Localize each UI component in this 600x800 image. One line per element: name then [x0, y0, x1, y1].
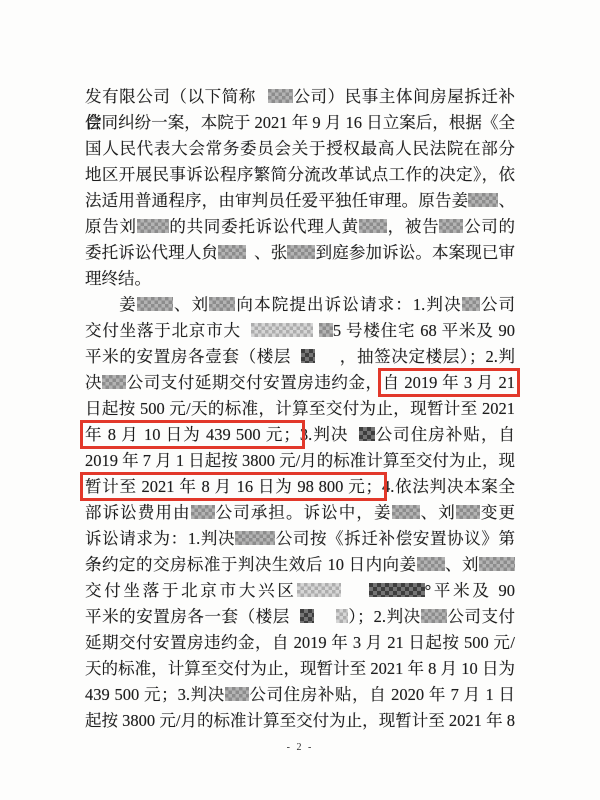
document-line: 平米的安置房各一套（楼层）；2.判决公司支付 [85, 604, 515, 630]
redaction-block [417, 557, 445, 571]
text-run: 理终结。 [85, 269, 151, 288]
spacer [85, 309, 118, 310]
spacer [291, 361, 301, 362]
text-run: 年 8 月 10 日为 439 500 元； [85, 425, 300, 444]
text-run: 诉讼请求为：1.判决 [85, 529, 235, 548]
document-line: 日起按 500 元/天的标准，计算至交付为止，现暂计至 2021 [85, 396, 515, 422]
text-run: 3.判决 [300, 425, 349, 444]
document-line: 起按 3800 元/月的标准计算至交付为止，现暂计至 2021 年 8 [85, 708, 515, 734]
redaction-block [225, 687, 249, 701]
document-line: 理终结。 [85, 266, 515, 292]
text-run: 决 [85, 373, 102, 392]
spacer [314, 621, 336, 622]
page-number: - 2 - [0, 742, 600, 753]
redaction-block [319, 323, 333, 337]
redaction-block [468, 193, 498, 207]
spacer [246, 257, 254, 258]
text-run: 4.依法判决本案全 [382, 477, 515, 496]
redaction-block [297, 583, 341, 597]
spacer [290, 621, 300, 622]
redaction-block [359, 427, 375, 441]
document-line: 地区开展民事诉讼程序繁简分流改革试点工作的决定》，依 [85, 162, 515, 188]
redaction-block [268, 89, 293, 103]
text-run: 、张 [254, 243, 287, 262]
redaction-block [137, 219, 169, 233]
text-run: 向本院提出诉讼请求：1.判决 [235, 295, 461, 314]
document-line: 姜、刘向本院提出诉讼请求：1.判决公司 [85, 292, 515, 318]
document-line: 条约定的交房标准于判决生效后 10 日内向姜、刘 [85, 552, 515, 578]
document-line: 交付坐落于北京市大兴区°平米及 90 [85, 578, 515, 604]
redaction-block [392, 505, 420, 519]
text-run: °平米及 90 [425, 581, 515, 600]
highlight-box: 暂计至 2021 年 8 月 16 日为 98 800 元； [85, 477, 382, 496]
text-run: 变更 [480, 503, 515, 522]
text-run: 原告刘 [85, 217, 137, 236]
redaction-block [209, 297, 235, 311]
text-run: ，抽签决定楼层）；2.判 [339, 347, 515, 366]
document-page: 发有限公司（以下简称公司）民事主体间房屋拆迁补偿合同纠纷一案，本院于 2021 … [0, 0, 600, 800]
text-run: 、刘 [420, 503, 456, 522]
text-run: 法适用普通程序，由审判员任爱平独任审理。原告姜 [85, 191, 468, 210]
text-run: 的共同委托诉讼代理人黄 [169, 217, 359, 236]
redaction-block [300, 609, 314, 623]
text-run: 、刘 [445, 555, 479, 574]
text-run: 部诉讼费用由 [85, 503, 191, 522]
redaction-block [235, 531, 275, 545]
document-line: 诉讼请求为：1.判决公司按《拆迁补偿安置协议》第一 [85, 526, 515, 552]
text-run: 交付坐落于北京市大兴区 [85, 581, 297, 600]
redaction-block [462, 297, 480, 311]
text-run: 公司住房补贴，自 2020 年 7 月 1 日 [249, 685, 515, 704]
redaction-block [301, 349, 315, 363]
redaction-block [336, 609, 348, 623]
text-run: 姜 [118, 295, 137, 314]
document-line: 决公司支付延期交付安置房违约金，自 2019 年 3 月 21 [85, 370, 515, 396]
redaction-block [251, 323, 313, 337]
text-run: 条约定的交房标准于判决生效后 10 日内向姜 [85, 555, 417, 574]
redaction-block [439, 219, 463, 233]
text-run: 2019 年 7 月 1 日起按 3800 元/月的标准计算至交付为止，现 [85, 451, 515, 470]
text-run: 交付坐落于北京市大 [85, 321, 241, 340]
redaction-block [191, 505, 215, 519]
text-run: 公司支付延期交付安置房违约金， [126, 373, 383, 392]
text-run: 439 500 元；3.判决 [85, 685, 225, 704]
text-run: 、 [498, 191, 515, 210]
text-run: 延期交付安置房违约金，自 2019 年 3 月 21 日起按 500 元/ [85, 633, 515, 652]
document-line: 交付坐落于北京市大5 号楼住宅 68 平米及 90 [85, 318, 515, 344]
redaction-block [479, 557, 515, 571]
spacer [341, 595, 369, 596]
highlight-box: 自 2019 年 3 月 21 [383, 373, 515, 392]
spacer [256, 101, 268, 102]
text-run: 天的标准，计算至交付为止，现暂计至 2021 年 8 月 10 日为 [85, 659, 515, 678]
text-run: 暂计至 2021 年 8 月 16 日为 98 800 元； [85, 477, 382, 496]
document-line: 法适用普通程序，由审判员任爱平独任审理。原告姜、 [85, 188, 515, 214]
redaction-block [218, 245, 246, 259]
text-run: 地区开展民事诉讼程序繁简分流改革试点工作的决定》，依 [85, 165, 515, 184]
redaction-block [102, 375, 126, 389]
text-run: 5 号楼住宅 68 平米及 90 [333, 321, 515, 340]
text-run: 公司支付 [447, 607, 515, 626]
redaction-block [137, 297, 173, 311]
text-run: 公司住房补贴，自 [375, 425, 516, 444]
text-run: ，被告 [387, 217, 439, 236]
document-line: 原告刘的共同委托诉讼代理人黄，被告公司的 [85, 214, 515, 240]
text-run: 公司 [480, 295, 515, 314]
redaction-block [456, 505, 480, 519]
redaction-block [359, 219, 387, 233]
document-line: 439 500 元；3.判决公司住房补贴，自 2020 年 7 月 1 日 [85, 682, 515, 708]
text-run: 平米的安置房各壹套（楼层 [85, 347, 291, 366]
text-run: 委托诉讼代理人贠 [85, 243, 218, 262]
document-line: 2019 年 7 月 1 日起按 3800 元/月的标准计算至交付为止，现 [85, 448, 515, 474]
text-run: 合同纠纷一案，本院于 2021 年 9 月 16 日立案后，根据《全 [85, 113, 515, 132]
text-run: 公司的 [463, 217, 515, 236]
redaction-block [287, 245, 315, 259]
text-run: 发有限公司（以下简称 [85, 87, 256, 106]
document-line: 合同纠纷一案，本院于 2021 年 9 月 16 日立案后，根据《全 [85, 110, 515, 136]
document-line: 发有限公司（以下简称公司）民事主体间房屋拆迁补偿 [85, 84, 515, 110]
text-run: 国人民代表大会常务委员会关于授权最高人民法院在部分 [85, 139, 515, 158]
highlight-box: 年 8 月 10 日为 439 500 元； [85, 425, 300, 444]
document-line: 天的标准，计算至交付为止，现暂计至 2021 年 8 月 10 日为 [85, 656, 515, 682]
redaction-block [421, 609, 447, 623]
document-line: 年 8 月 10 日为 439 500 元；3.判决公司住房补贴，自 [85, 422, 515, 448]
document-body: 发有限公司（以下简称公司）民事主体间房屋拆迁补偿合同纠纷一案，本院于 2021 … [85, 84, 515, 734]
spacer [315, 361, 339, 362]
document-line: 部诉讼费用由公司承担。诉讼中，姜、刘变更 [85, 500, 515, 526]
document-line: 暂计至 2021 年 8 月 16 日为 98 800 元；4.依法判决本案全 [85, 474, 515, 500]
text-run: 日起按 500 元/天的标准，计算至交付为止，现暂计至 2021 [85, 399, 515, 418]
document-line: 委托诉讼代理人贠、张到庭参加诉讼。本案现已审 [85, 240, 515, 266]
document-line: 国人民代表大会常务委员会关于授权最高人民法院在部分 [85, 136, 515, 162]
text-run: 到庭参加诉讼。本案现已审 [315, 243, 515, 262]
text-run: 公司承担。诉讼中，姜 [215, 503, 392, 522]
redaction-block [369, 583, 425, 597]
text-run: 平米的安置房各一套（楼层 [85, 607, 290, 626]
text-run: 起按 3800 元/月的标准计算至交付为止，现暂计至 2021 年 8 [85, 711, 515, 730]
spacer [241, 335, 251, 336]
text-run: 、刘 [173, 295, 209, 314]
text-run: 自 2019 年 3 月 21 [383, 373, 515, 392]
document-line: 延期交付安置房违约金，自 2019 年 3 月 21 日起按 500 元/ [85, 630, 515, 656]
spacer [349, 439, 359, 440]
document-line: 平米的安置房各壹套（楼层，抽签决定楼层）；2.判 [85, 344, 515, 370]
text-run: ）；2.判决 [348, 607, 421, 626]
